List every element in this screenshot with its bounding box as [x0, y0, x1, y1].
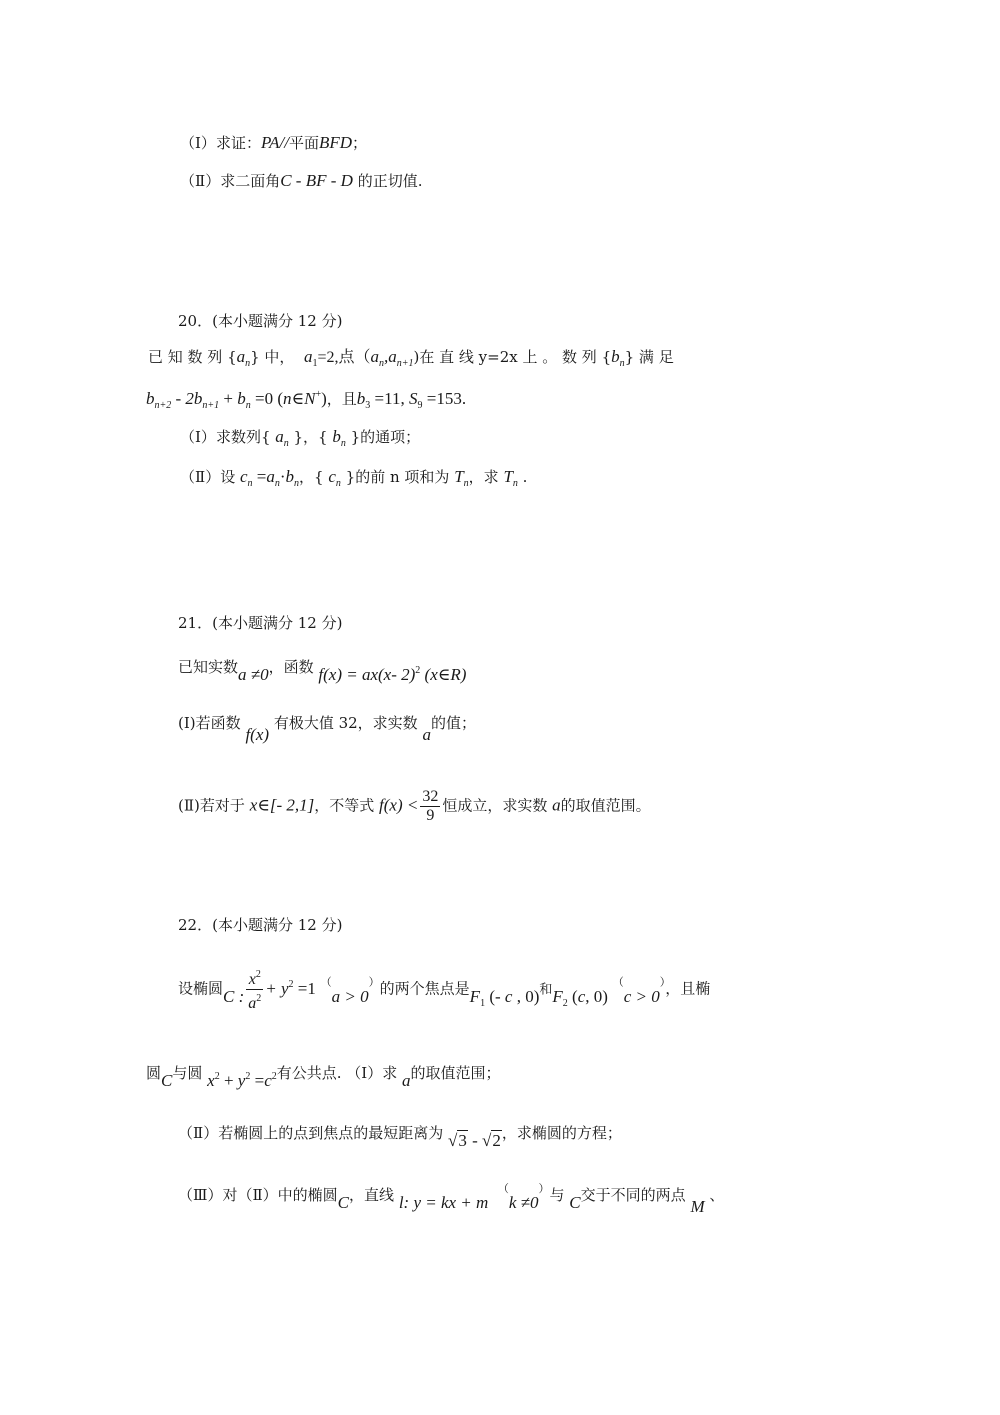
part-text: 的取值范围。 — [561, 797, 651, 815]
math-point: an,an+1 — [371, 347, 414, 366]
paren-open: （ — [498, 1182, 509, 1195]
math-condition: k ≠0 — [509, 1193, 539, 1212]
part-text: 对（Ⅱ）中的椭圆 — [222, 1186, 337, 1204]
math-curve-c: C — [161, 1071, 172, 1090]
math-var-a: a — [552, 796, 561, 815]
part-text: 的值； — [431, 714, 476, 732]
stem-text: =2,点（ — [317, 349, 370, 366]
problem-22-part-2: （Ⅱ）若椭圆上的点到焦点的最短距离为 √3 - √2，求椭圆的方程； — [178, 1122, 622, 1144]
stem-text: ，且 — [327, 390, 357, 408]
math-curve-c: C : — [223, 987, 244, 1006]
stem-text: 有公共点. （Ⅰ）求 — [277, 1064, 397, 1082]
math-sqrt-diff: √3 - √2 — [448, 1131, 502, 1150]
part-text: 、 — [709, 1186, 724, 1204]
paren-open: （ — [613, 976, 624, 989]
math-conditions: b3 =11, S9 =153. — [357, 389, 466, 408]
stem-text: ，函数 — [269, 658, 314, 676]
math-a-n: an — [237, 347, 251, 366]
math-interval: x∈[- 2,1] — [250, 796, 315, 815]
problem-21-stem: 已知实数a ≠0，函数 f(x) = ax(x- 2)2 (x∈R) — [178, 652, 466, 678]
stem-text: 圆 — [146, 1064, 161, 1082]
math-point-m: M — [690, 1197, 704, 1216]
stem-text: 的两个焦点是 — [380, 980, 470, 998]
math-dihedral: C - BF - D — [280, 171, 353, 190]
math-recurrence: bn+2 - 2bn+1 + bn =0 (n∈N+) — [146, 389, 327, 408]
math-a1: a1 — [304, 347, 318, 366]
parallel-symbol: // — [280, 133, 289, 152]
part-text: 的正切值. — [358, 172, 423, 190]
paren-open: （ — [321, 976, 332, 989]
part-text: ，不等式 — [314, 797, 374, 815]
math-ellipse-rest: + y2 =1 — [265, 979, 316, 998]
stem-text: 在 直 线 y=2x 上 。 数 列 { — [419, 348, 611, 366]
paren-close: ） — [369, 976, 380, 989]
stem-text: } 满 足 — [625, 348, 674, 366]
part-text: ； — [352, 134, 367, 152]
part-text: 求二面角 — [220, 172, 280, 190]
part-label: （Ⅱ） — [180, 172, 220, 190]
part-text: ，直线 — [349, 1186, 394, 1204]
part-text: 若函数 — [196, 714, 241, 732]
part-text: ，求椭圆的方程； — [502, 1124, 622, 1142]
part-label: （Ⅰ） — [180, 428, 216, 446]
paren-close: ） — [539, 1182, 550, 1195]
math-function: f(x) — [245, 725, 269, 744]
part-label: (Ⅱ) — [178, 797, 200, 815]
math-focus-2: F2 (c, 0) — [552, 987, 608, 1006]
problem-22-stem-line-1: 设椭圆C :x2a2+ y2 =1 （a > 0）的两个焦点是F1 (- c ,… — [178, 966, 710, 1013]
part-label: （Ⅱ） — [178, 1124, 218, 1142]
stem-text: } 中， — [250, 348, 294, 366]
part-text: 设 cn =an·bn，{ cn }的前 n 项和为 Tn，求 Tn . — [220, 468, 527, 486]
math-curve-c: C — [569, 1193, 580, 1212]
stem-text: 的取值范围； — [410, 1064, 500, 1082]
problem-header: 20．(本小题满分 12 分) — [178, 312, 342, 330]
problem-21-part-2: (Ⅱ)若对于 x∈[- 2,1]，不等式 f(x) <329恒成立，求实数 a的… — [178, 788, 651, 825]
part-text: 求证： — [216, 134, 261, 152]
part-label: （Ⅰ） — [180, 134, 216, 152]
problem-21-header: 21．(本小题满分 12 分) — [178, 612, 342, 634]
prev-part-2: （Ⅱ）求二面角C - BF - D 的正切值. — [180, 170, 423, 192]
stem-text: 和 — [539, 983, 552, 998]
problem-20-part-2: （Ⅱ）设 cn =an·bn，{ cn }的前 n 项和为 Tn，求 Tn . — [180, 466, 527, 495]
problem-header: 22．(本小题满分 12 分) — [178, 916, 342, 934]
math-line-l: l: y = kx + m — [399, 1193, 489, 1212]
part-text: 若椭圆上的点到焦点的最短距离为 — [218, 1124, 443, 1142]
part-text: 与 — [550, 1186, 565, 1204]
problem-20-part-1: （Ⅰ）求数列{ an }，{ bn }的通项； — [180, 426, 420, 455]
part-text: 交于不同的两点 — [581, 1186, 686, 1204]
part-label: (Ⅰ) — [178, 714, 196, 732]
problem-22-stem-line-2: 圆C与圆 x2 + y2 =c2有公共点. （Ⅰ）求 a的取值范围； — [146, 1058, 501, 1084]
stem-text: 与圆 — [172, 1064, 202, 1082]
fraction-x2-a2: x2a2 — [246, 966, 263, 1013]
math-circle: x2 + y2 =c2 — [207, 1071, 277, 1090]
part-text: 若对于 — [200, 797, 245, 815]
math-curve-c: C — [338, 1193, 349, 1212]
stem-text: 已知实数 — [178, 658, 238, 676]
math-b-n: bn — [611, 347, 625, 366]
problem-22-part-3: （Ⅲ）对（Ⅱ）中的椭圆C，直线 l: y = kx + m （k ≠0）与 C交… — [178, 1178, 724, 1206]
part-label: （Ⅲ） — [178, 1186, 222, 1204]
problem-header: 21．(本小题满分 12 分) — [178, 614, 342, 632]
part-text: 平面 — [289, 134, 319, 152]
problem-20-stem-line-2: bn+2 - 2bn+1 + bn =0 (n∈N+)，且b3 =11, S9 … — [146, 384, 466, 417]
math-condition: a > 0 — [332, 987, 369, 1006]
problem-20-stem-line-1: 已 知 数 列 {an} 中， a1=2,点（an,an+1)在 直 线 y=2… — [148, 346, 674, 375]
problem-22-header: 22．(本小题满分 12 分) — [178, 914, 342, 936]
prev-part-1: （Ⅰ）求证：PA//平面BFD； — [180, 132, 367, 154]
math-focus-1: F1 (- c , 0) — [470, 987, 540, 1006]
math-function: f(x) = ax(x- 2)2 (x∈R) — [318, 665, 466, 684]
stem-text: 已 知 数 列 { — [148, 348, 237, 366]
stem-text: 设椭圆 — [178, 980, 223, 998]
part-text: 有极大值 32，求实数 — [274, 714, 418, 732]
math-condition: c > 0 — [624, 987, 660, 1006]
math-inequality: f(x) < — [379, 796, 418, 815]
part-text: 恒成立，求实数 — [442, 797, 547, 815]
problem-21-part-1: (Ⅰ)若函数 f(x) 有极大值 32，求实数 a的值； — [178, 712, 476, 734]
stem-text: ，且椭 — [665, 980, 710, 998]
fraction-32-9: 329 — [420, 788, 440, 825]
problem-20-header: 20．(本小题满分 12 分) — [178, 310, 342, 332]
part-label: （Ⅱ） — [180, 468, 220, 486]
part-text: 求数列{ an }，{ bn }的通项； — [216, 428, 420, 446]
math-condition: a ≠0 — [238, 665, 269, 684]
math-pa: PA — [261, 133, 280, 152]
math-bfd: BFD — [319, 133, 352, 152]
math-var-a: a — [422, 725, 431, 744]
math-var-a: a — [402, 1071, 411, 1090]
